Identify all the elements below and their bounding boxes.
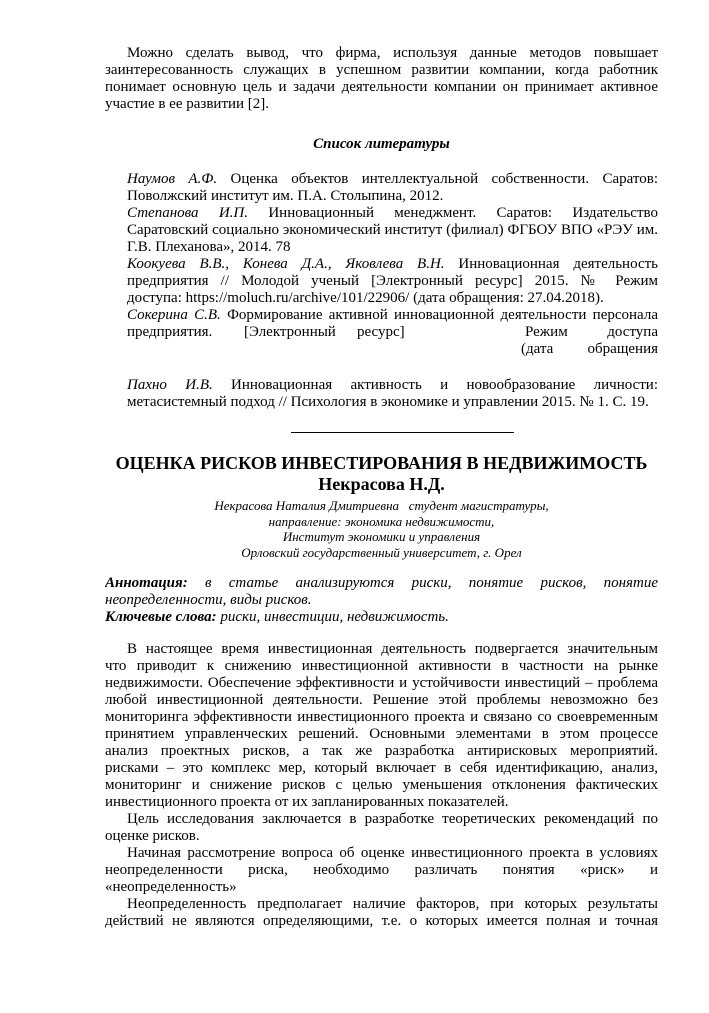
text-line: неопределенности риска, необходимо разли… <box>105 862 658 879</box>
reference-item: Сокерина С.В. Формирование активной инно… <box>127 307 658 358</box>
affiliation-line: Орловский государственный университет, г… <box>105 545 658 561</box>
text-line: принятием управленческих решений. Основн… <box>105 726 658 743</box>
keywords-label: Ключевые слова: <box>105 609 217 625</box>
reference-text: Формирование активной инновационной деят… <box>227 307 658 323</box>
reference-text: Инновационный менеджмент. Саратов: Издат… <box>268 205 658 221</box>
annotation-text: в статье анализируются риски, понятие ри… <box>205 575 658 591</box>
reference-item: Степанова И.П. Инновационный менеджмент.… <box>127 205 658 256</box>
text-line: рисками – это комплекс мер, который вклю… <box>105 760 658 777</box>
reference-text: доступа: https://moluch.ru/archive/101/2… <box>127 290 658 307</box>
text-line: заинтересованность служащих в успешном р… <box>105 62 658 79</box>
section-separator <box>291 432 514 433</box>
text-line: Цель исследования заключается в разработ… <box>105 811 658 828</box>
affiliation-line: направление: экономика недвижимости, <box>105 514 658 530</box>
reference-text: Саратовский социально экономический инст… <box>127 222 658 239</box>
text-line: Можно сделать вывод, что фирма, использу… <box>105 45 658 62</box>
text-line: анализ проектных рисков, а так же разраб… <box>105 743 658 760</box>
document-page: Можно сделать вывод, что фирма, использу… <box>0 0 709 1013</box>
reference-item: Коокуева В.В., Конева Д.А., Яковлева В.Н… <box>127 256 658 307</box>
text-line: «неопределенность» <box>105 879 658 896</box>
annotation-label: Аннотация: <box>105 575 188 591</box>
annotation: Аннотация: в статье анализируются риски,… <box>105 575 658 626</box>
reference-text: Оценка объектов интеллектуальной собстве… <box>231 171 658 187</box>
text-line: мониторинга эффективности инвестиционног… <box>105 709 658 726</box>
text-line: оценке рисков. <box>105 828 658 845</box>
text-line: участие в ее развитии [2]. <box>105 96 658 113</box>
affiliation-line: Некрасова Наталия Дмитриевна студент маг… <box>105 498 658 514</box>
article-title: ОЦЕНКА РИСКОВ ИНВЕСТИРОВАНИЯ В НЕДВИЖИМО… <box>105 452 658 474</box>
text-line: понимает основную цель и задачи деятельн… <box>105 79 658 96</box>
reference-text: метасистемный подход // Психология в эко… <box>127 394 658 411</box>
reference-text: Поволжский институт им. П.А. Столыпина, … <box>127 188 658 205</box>
reference-text-line: (дата обращения <box>127 341 658 358</box>
reference-text: Инновационная деятельность <box>458 256 658 272</box>
keywords-text: риски, инвестиции, недвижимость. <box>220 609 449 625</box>
article-author: Некрасова Н.Д. <box>105 473 658 495</box>
text-line: Начиная рассмотрение вопроса об оценке и… <box>105 845 658 862</box>
references-heading: Список литературы <box>105 136 658 153</box>
reference-author: Сокерина С.В. <box>127 307 221 323</box>
text-line: любой инвестиционной деятельности. Решен… <box>105 692 658 709</box>
text-line: мониторинг и снижение рисков с целью уме… <box>105 777 658 794</box>
article-body: В настоящее время инвестиционная деятель… <box>105 641 658 930</box>
reference-text: предприятия // Молодой ученый [Электронн… <box>127 273 658 290</box>
text-line: Неопределенность предполагает наличие фа… <box>105 896 658 913</box>
reference-item: Пахно И.В. Инновационная активность и но… <box>127 377 658 411</box>
affiliation-line: Институт экономики и управления <box>105 529 658 545</box>
reference-text-line: предприятия. [Электронный ресурс] Режим … <box>127 324 658 341</box>
reference-author: Коокуева В.В., Конева Д.А., Яковлева В.Н… <box>127 256 445 272</box>
reference-author: Пахно И.В. <box>127 377 213 393</box>
text-line: В настоящее время инвестиционная деятель… <box>105 641 658 658</box>
reference-text: Г.В. Плеханова», 2014. 78 <box>127 239 658 256</box>
text-line: действий не являются определяющими, т.е.… <box>105 913 658 930</box>
text-line: что приводит к снижению инвестиционной а… <box>105 658 658 675</box>
text-line: инвестиционного проекта от их запланиров… <box>105 794 658 811</box>
reference-item: Наумов А.Ф. Оценка объектов интеллектуал… <box>127 171 658 205</box>
reference-author: Наумов А.Ф. <box>127 171 217 187</box>
annotation-text: неопределенности, виды рисков. <box>105 592 658 609</box>
intro-paragraph: Можно сделать вывод, что фирма, использу… <box>105 45 658 113</box>
author-affiliation: Некрасова Наталия Дмитриевна студент маг… <box>105 498 658 560</box>
reference-author: Степанова И.П. <box>127 205 248 221</box>
text-line: недвижимости. Обеспечение эффективности … <box>105 675 658 692</box>
reference-text: Инновационная активность и новообразован… <box>231 377 658 393</box>
